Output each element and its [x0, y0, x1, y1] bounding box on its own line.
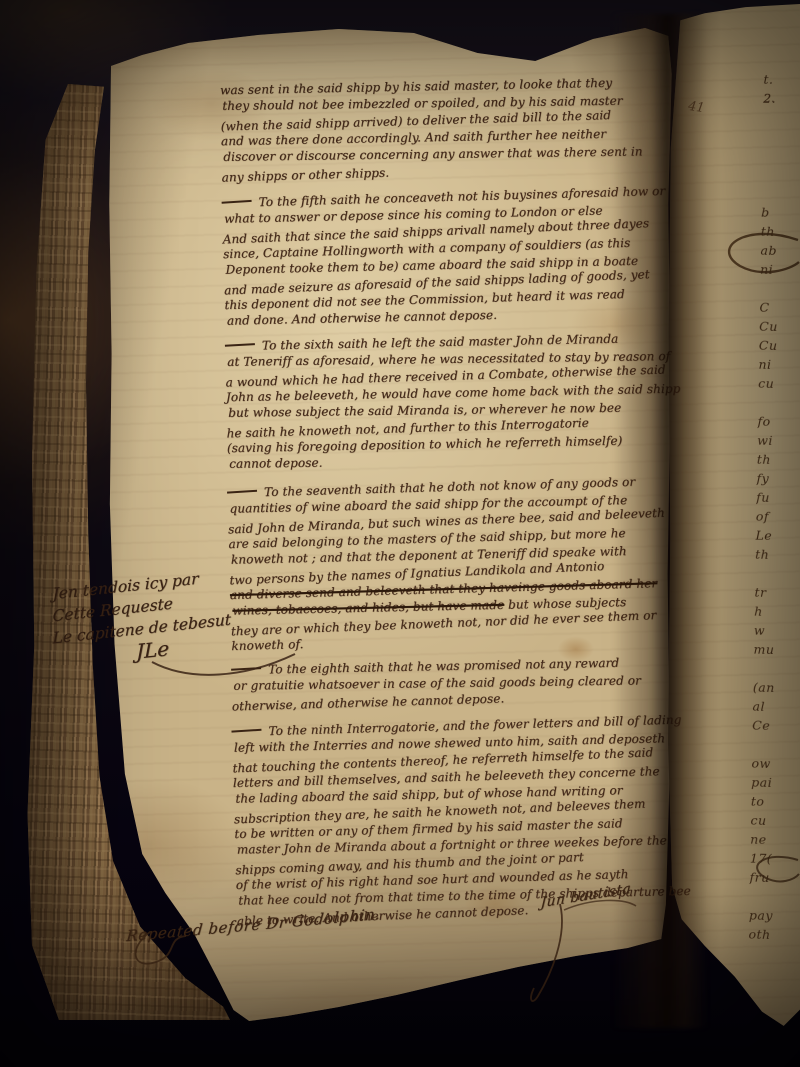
right-page-flourish — [706, 226, 800, 286]
line-text: otherwise, and otherwise he cannot depos… — [232, 691, 505, 713]
edge-fragment: b — [761, 203, 800, 223]
paragraph: To the seaventh saith that he doth not k… — [227, 473, 672, 655]
edge-fragment: fy — [756, 469, 800, 489]
edge-fragment: pai — [751, 773, 795, 793]
edge-fragment — [762, 146, 800, 166]
edge-fragment: ne — [750, 830, 794, 850]
edge-fragment: tr — [754, 583, 798, 603]
edge-fragment — [761, 184, 800, 204]
paragraph-dash-mark — [227, 489, 257, 493]
edge-fragment: Cu — [759, 317, 800, 337]
paragraph: To the fifth saith he conceaveth not his… — [221, 183, 665, 331]
edge-fragment: th — [755, 545, 799, 565]
edge-fragment: Ce — [752, 716, 796, 736]
paragraph-dash-mark — [225, 343, 255, 347]
folio-number: 41 — [687, 99, 705, 116]
edge-fragment — [762, 127, 800, 147]
edge-fragment: mu — [753, 640, 797, 660]
edge-fragment: pay — [749, 906, 793, 926]
edge-fragment: (an — [753, 678, 797, 698]
paragraph: To the sixth saith he left the said mast… — [225, 330, 668, 474]
edge-fragment: C — [759, 298, 800, 318]
edge-fragment: to — [751, 792, 795, 812]
manuscript-photo: was sent in the said shipp by his said m… — [0, 0, 800, 1067]
edge-fragment: wi — [757, 431, 800, 451]
edge-fragment: Le — [755, 526, 799, 546]
deponent-signature-flourish — [520, 896, 640, 1011]
edge-fragment — [752, 735, 796, 755]
right-page-flourish-small — [742, 852, 800, 886]
edge-fragment: al — [752, 697, 796, 717]
edge-fragment: t. — [763, 70, 800, 90]
paragraph-dash-mark — [222, 199, 252, 203]
edge-fragment — [763, 108, 800, 128]
paragraph-dash-mark — [231, 728, 261, 732]
edge-fragment: oth — [748, 925, 792, 945]
edge-fragment: 2. — [763, 89, 800, 109]
edge-fragment: cu — [758, 374, 800, 394]
manuscript-text: was sent in the said shipp by his said m… — [220, 74, 676, 935]
edge-fragment: ni — [758, 355, 800, 375]
edge-fragment: cu — [750, 811, 794, 831]
edge-fragment — [749, 887, 793, 907]
line-text: any shipps or other shipps. — [221, 166, 389, 185]
edge-fragment: ow — [751, 754, 795, 774]
line-text: cannot depose. — [229, 456, 323, 471]
paragraph: was sent in the said shipp by his said m… — [220, 74, 662, 184]
edge-fragment: Cu — [759, 336, 800, 356]
examiner-signature-flourish — [126, 928, 206, 974]
edge-fragment — [755, 564, 799, 584]
edge-fragment — [762, 165, 800, 185]
edge-fragment: of — [756, 507, 800, 527]
margin-note-flourish — [150, 648, 300, 688]
edge-fragment — [758, 393, 800, 413]
edge-fragment: h — [754, 602, 798, 622]
edge-fragment: fu — [756, 488, 800, 508]
edge-fragment: fo — [757, 412, 800, 432]
edge-fragment: w — [754, 621, 798, 641]
edge-fragment — [753, 659, 797, 679]
edge-fragment: th — [757, 450, 800, 470]
